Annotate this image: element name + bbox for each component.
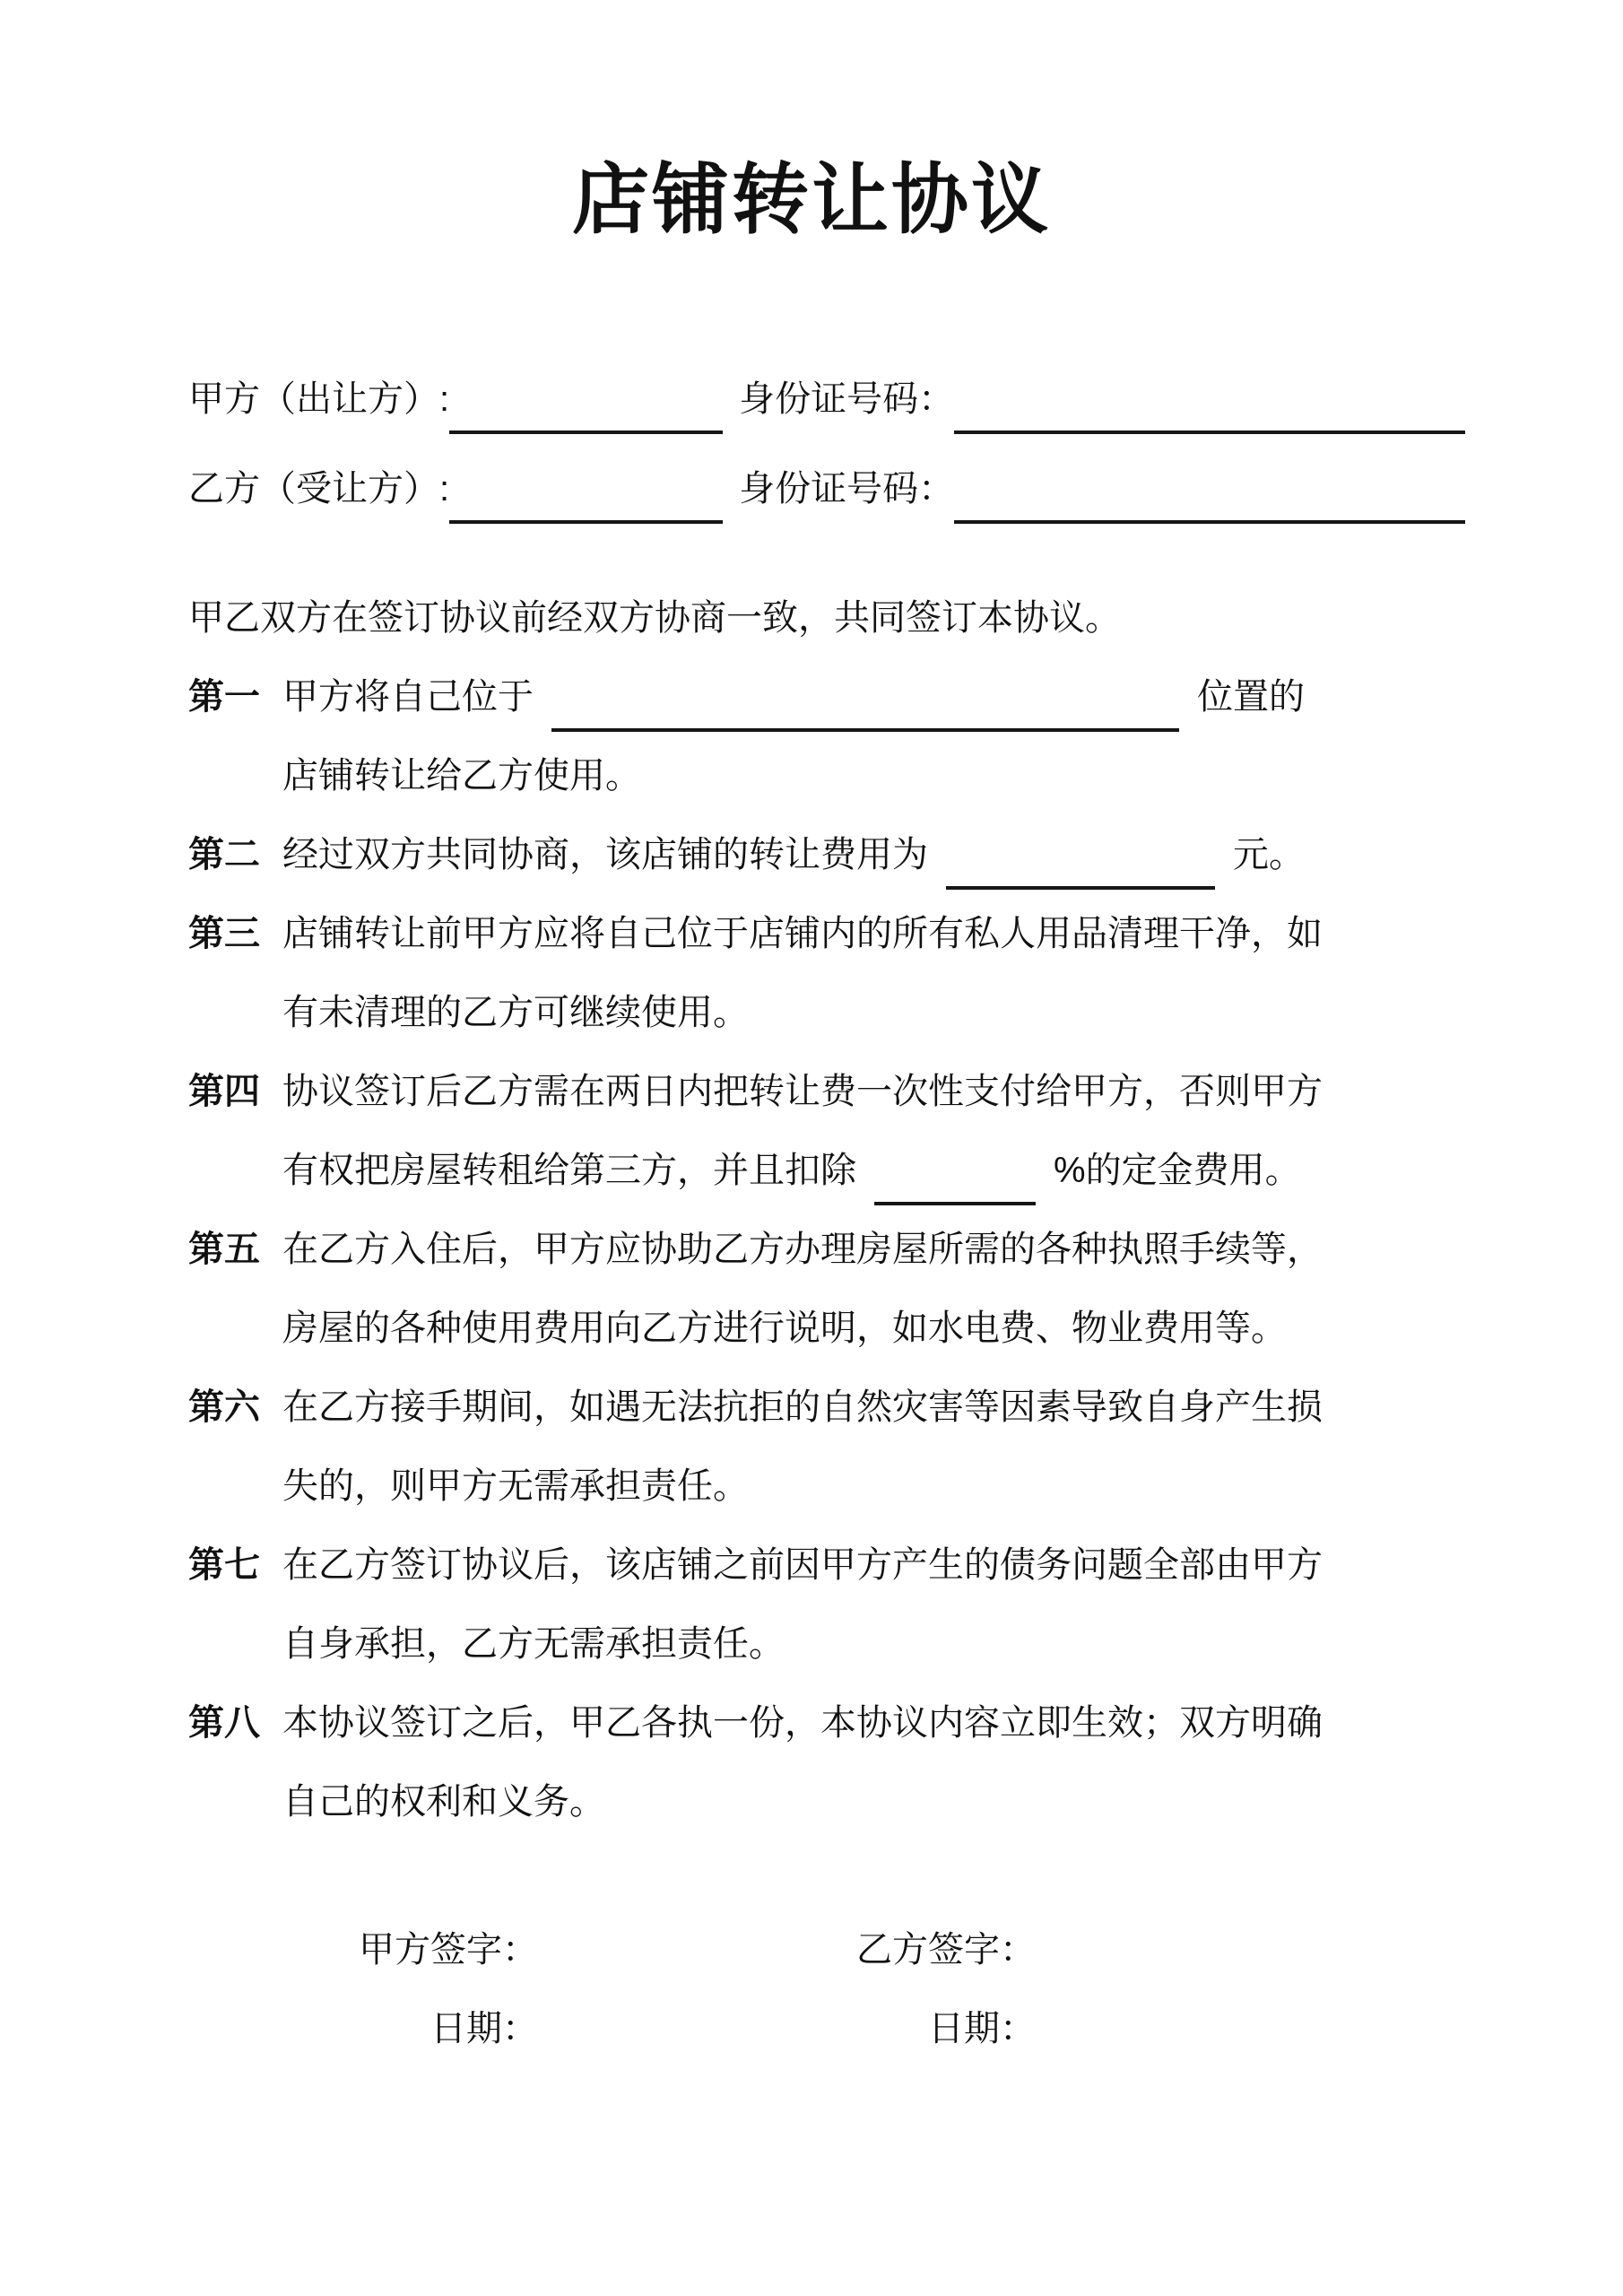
agreement-item: 第六在乙方接手期间，如遇无法抗拒的自然灾害等因素导致自身产生损失的，则甲方无需承… xyxy=(188,1368,1336,1526)
item-number: 第三 xyxy=(188,894,260,973)
item-number: 第六 xyxy=(188,1368,260,1447)
intro-paragraph: 甲乙双方在签订协议前经双方协商一致，共同签订本协议。 xyxy=(188,578,1336,657)
item-number: 第一 xyxy=(188,657,260,736)
agreement-item: 第三店铺转让前甲方应将自己位于店铺内的所有私人用品清理干净，如有未清理的乙方可继… xyxy=(188,894,1336,1052)
party-b-id-field[interactable] xyxy=(954,481,1465,524)
transfer-fee-field[interactable] xyxy=(946,847,1215,890)
item-text: 本协议签订之后，甲乙各执一份，本协议内容立即生效；双方明确自己的权利和义务。 xyxy=(282,1703,1323,1822)
party-a-sign-label: 甲方签字： xyxy=(188,1910,538,1989)
item-text: 经过双方共同协商，该店铺的转让费用为元。 xyxy=(282,835,1305,874)
party-b-role-label: 乙方（受让方）: xyxy=(188,469,449,509)
agreement-item: 第二经过双方共同协商，该店铺的转让费用为元。 xyxy=(188,815,1336,894)
item-text: 店铺转让前甲方应将自己位于店铺内的所有私人用品清理干净，如有未清理的乙方可继续使… xyxy=(282,914,1323,1032)
party-a-date-label: 日期： xyxy=(188,1989,538,2068)
party-a-name-field[interactable] xyxy=(449,391,723,434)
item-number: 第二 xyxy=(188,815,260,894)
party-a-id-label: 身份证号码： xyxy=(739,379,954,419)
agreement-page: 店铺转让协议 甲方（出让方）:身份证号码： 乙方（受让方）:身份证号码： 甲乙双… xyxy=(0,0,1623,2296)
agreement-item: 第八本协议签订之后，甲乙各执一份，本协议内容立即生效；双方明确自己的权利和义务。 xyxy=(188,1683,1336,1841)
item-text: 在乙方接手期间，如遇无法抗拒的自然灾害等因素导致自身产生损失的，则甲方无需承担责… xyxy=(282,1387,1323,1506)
item-number: 第四 xyxy=(188,1052,260,1131)
party-a-row: 甲方（出让方）:身份证号码： xyxy=(188,368,1623,457)
party-b-name-field[interactable] xyxy=(449,481,723,524)
item-text: 甲方将自己位于位置的店铺转让给乙方使用。 xyxy=(282,677,1305,796)
deposit-percent-field[interactable] xyxy=(874,1162,1036,1205)
items-list: 第一甲方将自己位于位置的店铺转让给乙方使用。第二经过双方共同协商，该店铺的转让费… xyxy=(188,657,1336,1841)
party-b-id-label: 身份证号码： xyxy=(739,469,954,509)
agreement-body: 甲乙双方在签订协议前经双方协商一致，共同签订本协议。 第一甲方将自己位于位置的店… xyxy=(188,578,1336,1841)
parties-section: 甲方（出让方）:身份证号码： 乙方（受让方）:身份证号码： xyxy=(188,368,1623,547)
agreement-item: 第四协议签订后乙方需在两日内把转让费一次性支付给甲方，否则甲方有权把房屋转租给第… xyxy=(188,1052,1336,1210)
party-a-id-field[interactable] xyxy=(954,391,1465,434)
item-text: 在乙方签订协议后，该店铺之前因甲方产生的债务问题全部由甲方自身承担，乙方无需承担… xyxy=(282,1545,1323,1664)
shop-location-field[interactable] xyxy=(551,689,1179,732)
party-a-role-label: 甲方（出让方）: xyxy=(188,379,449,419)
signature-row: 甲方签字：乙方签字： xyxy=(0,1910,1623,1989)
item-text: 协议签订后乙方需在两日内把转让费一次性支付给甲方，否则甲方有权把房屋转租给第三方… xyxy=(282,1072,1323,1190)
item-text: 在乙方入住后，甲方应协助乙方办理房屋所需的各种执照手续等，房屋的各种使用费用向乙… xyxy=(282,1230,1323,1348)
agreement-item: 第五在乙方入住后，甲方应协助乙方办理房屋所需的各种执照手续等，房屋的各种使用费用… xyxy=(188,1210,1336,1368)
agreement-item: 第一甲方将自己位于位置的店铺转让给乙方使用。 xyxy=(188,657,1336,815)
page-title: 店铺转让协议 xyxy=(0,0,1623,242)
signature-section: 甲方签字：乙方签字： 日期：日期： xyxy=(0,1910,1623,2068)
party-b-date-label: 日期： xyxy=(686,1989,1036,2068)
date-row: 日期：日期： xyxy=(0,1989,1623,2068)
item-number: 第七 xyxy=(188,1526,260,1605)
item-number: 第五 xyxy=(188,1210,260,1289)
item-number: 第八 xyxy=(188,1683,260,1762)
party-b-row: 乙方（受让方）:身份证号码： xyxy=(188,457,1623,547)
agreement-item: 第七在乙方签订协议后，该店铺之前因甲方产生的债务问题全部由甲方自身承担，乙方无需… xyxy=(188,1526,1336,1683)
party-b-sign-label: 乙方签字： xyxy=(686,1910,1036,1989)
